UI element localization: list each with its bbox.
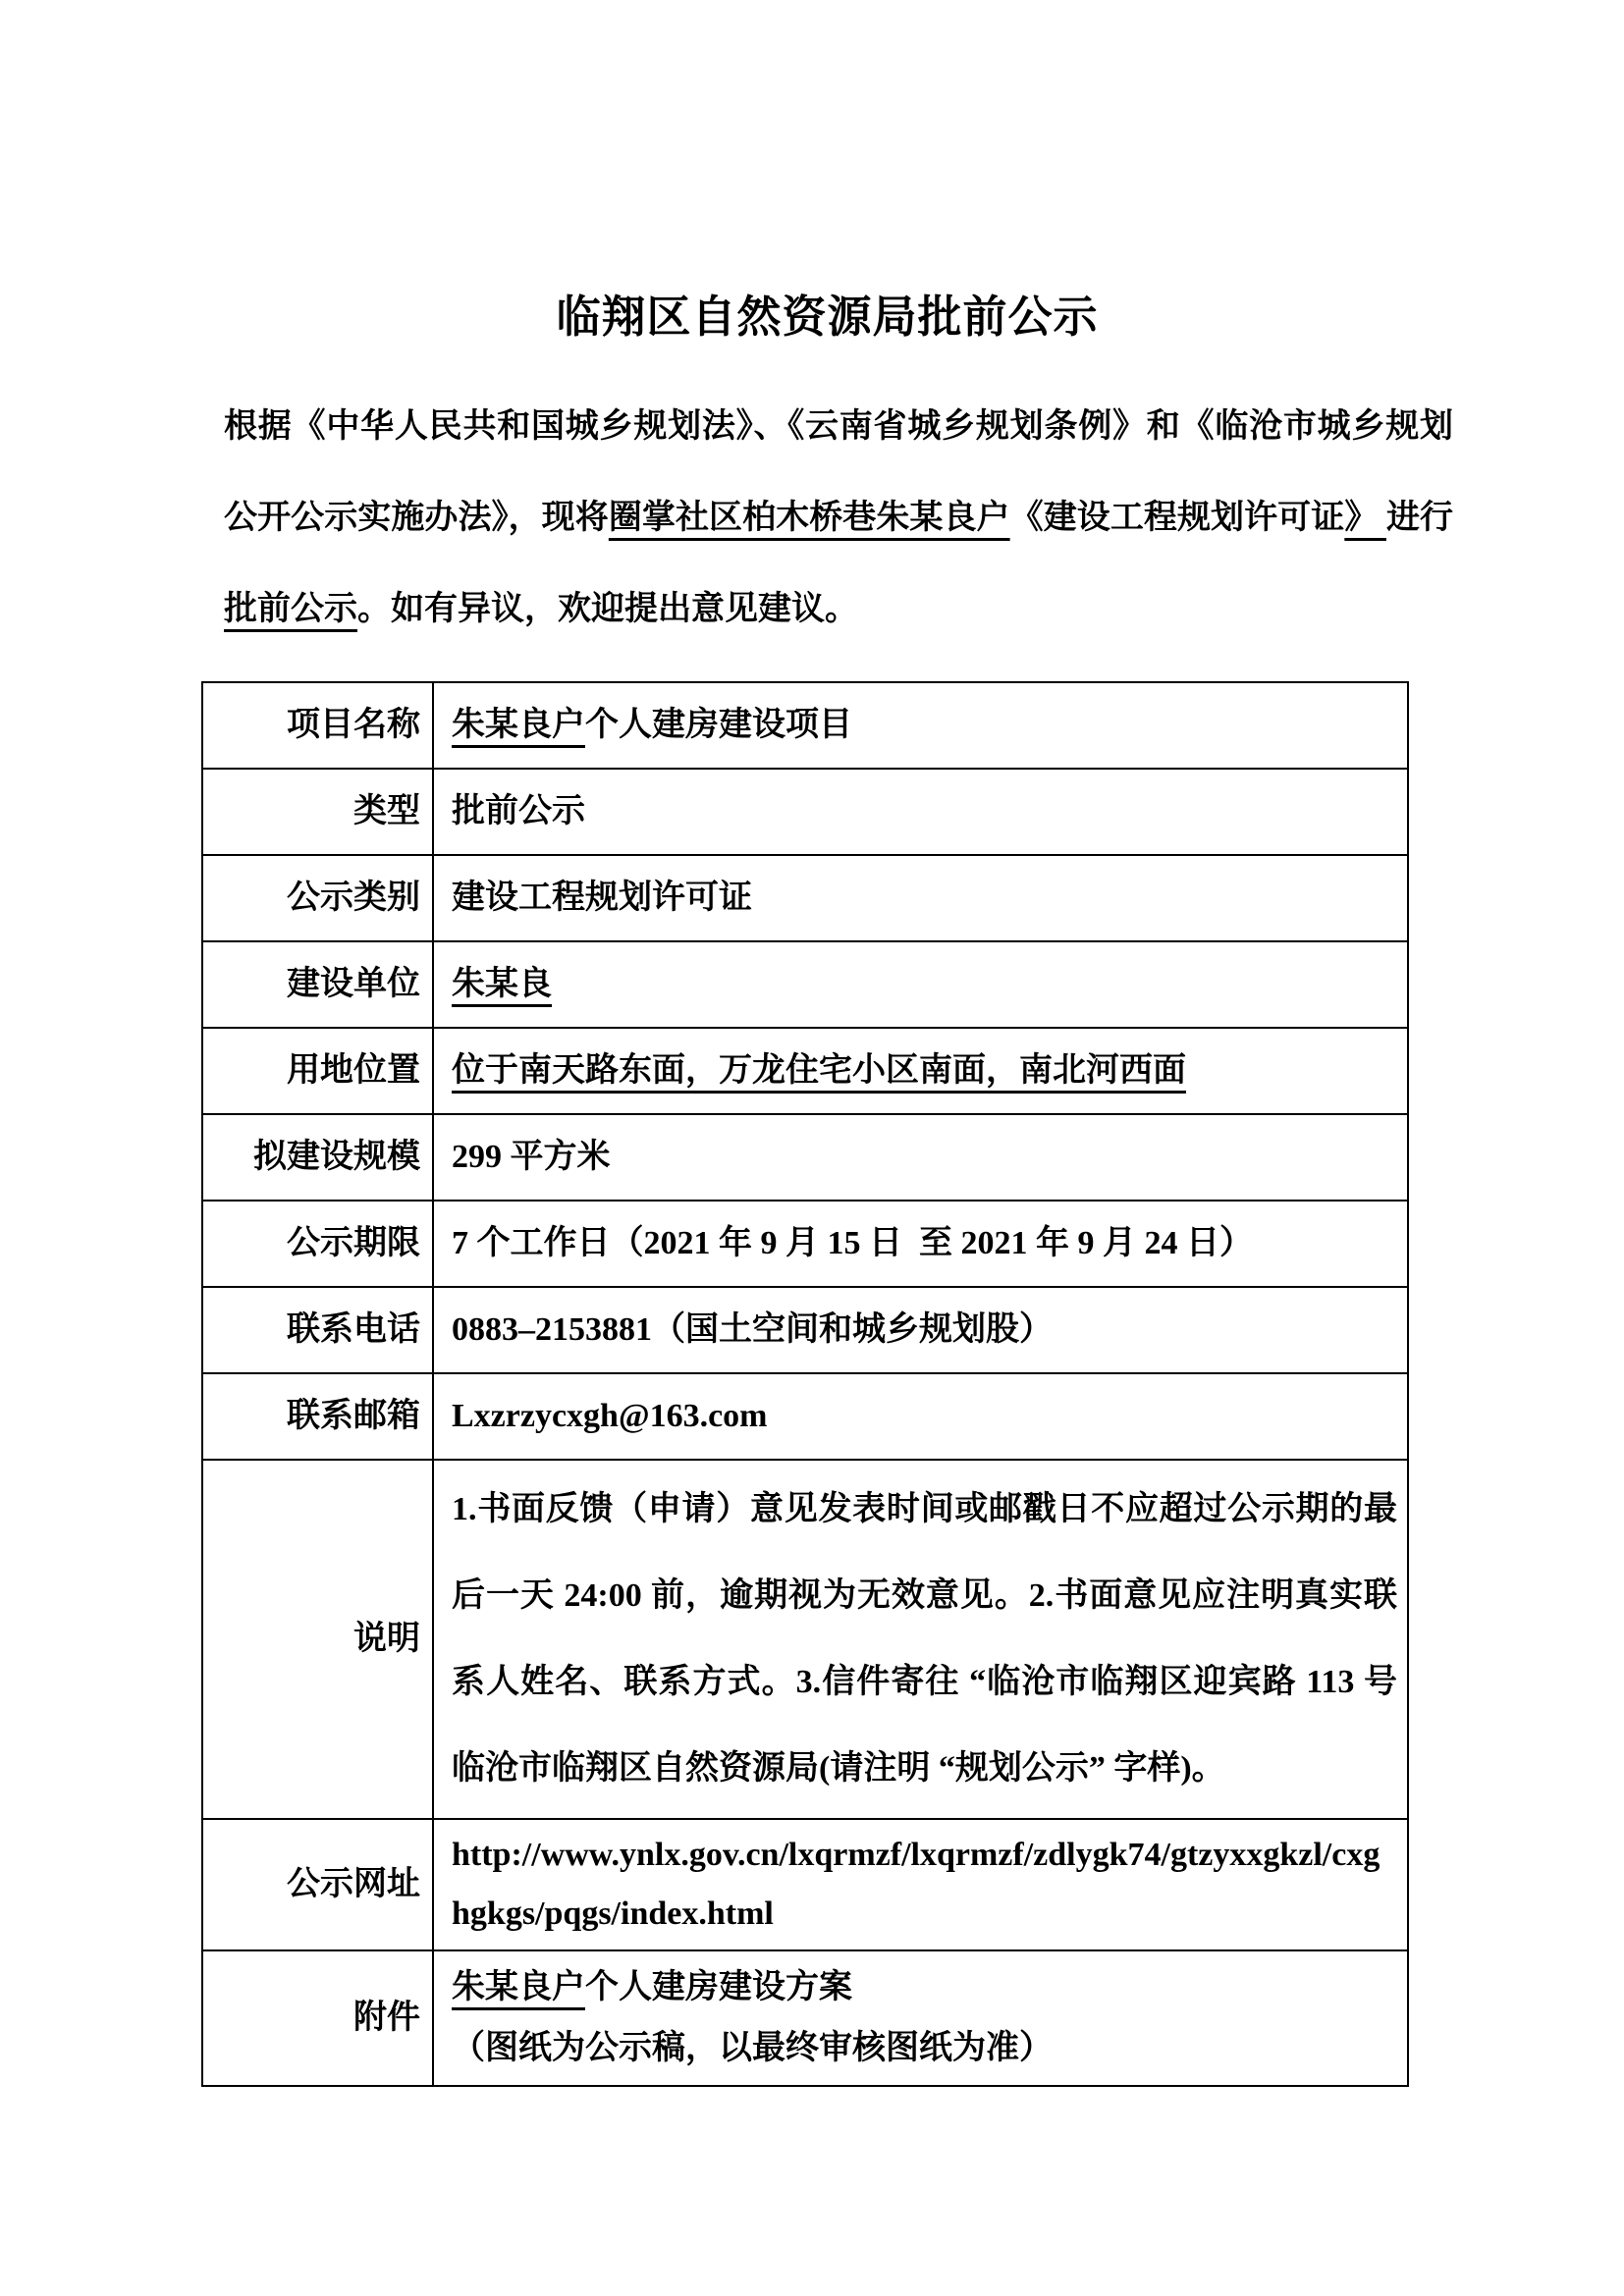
row-value: 朱某良户个人建房建设方案（图纸为公示稿，以最终审核图纸为准） xyxy=(433,1950,1408,2086)
text-run: 7 个工作日（2021 年 9 月 15 日 至 2021 年 9 月 24 日… xyxy=(452,1225,1253,1261)
value-line: （图纸为公示稿，以最终审核图纸为准） xyxy=(452,2018,1397,2079)
row-value: 7 个工作日（2021 年 9 月 15 日 至 2021 年 9 月 24 日… xyxy=(433,1201,1408,1287)
text-run: Lxzrzycxgh@163.com xyxy=(452,1398,768,1434)
value-line: 朱某良户个人建房建设方案 xyxy=(452,1957,1397,2018)
notice-table: 项目名称朱某良户个人建房建设项目类型批前公示公示类别建设工程规划许可证建设单位朱… xyxy=(201,681,1409,2087)
row-label: 类型 xyxy=(202,769,433,855)
row-label: 公示网址 xyxy=(202,1819,433,1950)
text-run: 个人建房建设方案 xyxy=(585,1969,852,2005)
value-line: 7 个工作日（2021 年 9 月 15 日 至 2021 年 9 月 24 日… xyxy=(452,1222,1397,1265)
text-run: 进行 xyxy=(1386,500,1453,536)
value-line: 朱某良户个人建房建设项目 xyxy=(452,704,1397,747)
row-label: 公示类别 xyxy=(202,855,433,941)
table-row: 项目名称朱某良户个人建房建设项目 xyxy=(202,682,1408,769)
row-value: 朱某良户个人建房建设项目 xyxy=(433,682,1408,769)
table-row: 附件朱某良户个人建房建设方案（图纸为公示稿，以最终审核图纸为准） xyxy=(202,1950,1408,2086)
row-value: 朱某良 xyxy=(433,941,1408,1028)
row-value: 0883–2153881（国土空间和城乡规划股） xyxy=(433,1287,1408,1373)
text-run: 299 平方米 xyxy=(452,1139,611,1175)
value-line: 朱某良 xyxy=(452,963,1397,1006)
notice-table-body: 项目名称朱某良户个人建房建设项目类型批前公示公示类别建设工程规划许可证建设单位朱… xyxy=(202,682,1408,2086)
text-run: http://www.ynlx.gov.cn/lxqrmzf/lxqrmzf/z… xyxy=(452,1837,1380,1932)
row-value: 位于南天路东面，万龙住宅小区南面，南北河西面 xyxy=(433,1028,1408,1114)
row-value: 批前公示 xyxy=(433,769,1408,855)
row-value: 1.书面反馈（申请）意见发表时间或邮戳日不应超过公示期的最后一天 24:00 前… xyxy=(433,1460,1408,1819)
text-run: 个人建房建设项目 xyxy=(585,707,852,743)
row-label: 联系邮箱 xyxy=(202,1373,433,1460)
document-page: 临翔区自然资源局批前公示 根据《中华人民共和国城乡规划法》、《云南省城乡规划条例… xyxy=(0,0,1624,2296)
row-label: 建设单位 xyxy=(202,941,433,1028)
value-line: 0883–2153881（国土空间和城乡规划股） xyxy=(452,1308,1397,1352)
text-run: 。如有异议，欢迎提出意见建议。 xyxy=(357,591,858,627)
text-run: 建设工程规划许可证 xyxy=(452,880,752,916)
value-line: 建设工程规划许可证 xyxy=(452,877,1397,920)
row-label: 公示期限 xyxy=(202,1201,433,1287)
table-row: 公示类别建设工程规划许可证 xyxy=(202,855,1408,941)
underlined-text-run: 朱某良户 xyxy=(452,707,585,743)
row-label: 说明 xyxy=(202,1460,433,1819)
table-row: 联系电话0883–2153881（国土空间和城乡规划股） xyxy=(202,1287,1408,1373)
table-row: 公示期限7 个工作日（2021 年 9 月 15 日 至 2021 年 9 月 … xyxy=(202,1201,1408,1287)
underlined-text-run: 位于南天路东面，万龙住宅小区南面，南北河西面 xyxy=(452,1052,1186,1089)
row-value: Lxzrzycxgh@163.com xyxy=(433,1373,1408,1460)
row-value: 建设工程规划许可证 xyxy=(433,855,1408,941)
text-run: 0883–2153881（国土空间和城乡规划股） xyxy=(452,1311,1053,1348)
text-run: 《建设工程规划许可证 xyxy=(1010,500,1345,536)
underlined-text-run: 朱某良户 xyxy=(452,1969,585,2005)
row-label: 项目名称 xyxy=(202,682,433,769)
value-line: 299 平方米 xyxy=(452,1136,1397,1179)
value-line: http://www.ynlx.gov.cn/lxqrmzf/lxqrmzf/z… xyxy=(452,1826,1397,1944)
value-line: 批前公示 xyxy=(452,790,1397,833)
intro-paragraph: 根据《中华人民共和国城乡规划法》、《云南省城乡规划条例》和《临沧市城乡规划公开公… xyxy=(224,381,1453,655)
row-value: http://www.ynlx.gov.cn/lxqrmzf/lxqrmzf/z… xyxy=(433,1819,1408,1950)
row-label: 联系电话 xyxy=(202,1287,433,1373)
row-label: 拟建设规模 xyxy=(202,1114,433,1201)
page-title: 临翔区自然资源局批前公示 xyxy=(201,0,1453,347)
table-row: 类型批前公示 xyxy=(202,769,1408,855)
text-run: （图纸为公示稿，以最终审核图纸为准） xyxy=(452,2030,1053,2066)
value-line: 1.书面反馈（申请）意见发表时间或邮戳日不应超过公示期的最后一天 24:00 前… xyxy=(452,1467,1397,1812)
table-row: 建设单位朱某良 xyxy=(202,941,1408,1028)
underlined-text-run: 》 xyxy=(1344,500,1386,536)
table-row: 拟建设规模299 平方米 xyxy=(202,1114,1408,1201)
row-label: 附件 xyxy=(202,1950,433,2086)
table-row: 说明1.书面反馈（申请）意见发表时间或邮戳日不应超过公示期的最后一天 24:00… xyxy=(202,1460,1408,1819)
table-row: 公示网址http://www.ynlx.gov.cn/lxqrmzf/lxqrm… xyxy=(202,1819,1408,1950)
underlined-text-run: 批前公示 xyxy=(224,591,357,627)
underlined-text-run: 朱某良 xyxy=(452,966,552,1002)
row-label: 用地位置 xyxy=(202,1028,433,1114)
text-run: 1.书面反馈（申请）意见发表时间或邮戳日不应超过公示期的最后一天 24:00 前… xyxy=(452,1491,1397,1787)
table-row: 联系邮箱Lxzrzycxgh@163.com xyxy=(202,1373,1408,1460)
text-run: 批前公示 xyxy=(452,793,585,829)
underlined-text-run: 圈掌社区柏木桥巷朱某良户 xyxy=(609,500,1010,536)
row-value: 299 平方米 xyxy=(433,1114,1408,1201)
value-line: 位于南天路东面，万龙住宅小区南面，南北河西面 xyxy=(452,1049,1397,1093)
table-row: 用地位置位于南天路东面，万龙住宅小区南面，南北河西面 xyxy=(202,1028,1408,1114)
value-line: Lxzrzycxgh@163.com xyxy=(452,1395,1397,1438)
